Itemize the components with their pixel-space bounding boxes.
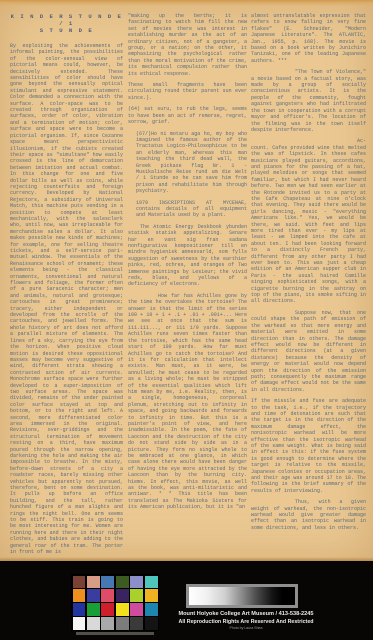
museum-credit-label: Mount Holyoke College Art Museum / 413-5… bbox=[158, 611, 334, 631]
color-swatch bbox=[116, 589, 129, 601]
color-swatch bbox=[87, 589, 100, 601]
text-column-right: almost untranslatable expression that re… bbox=[251, 13, 366, 536]
color-checker-chart bbox=[71, 574, 159, 631]
title-line-2: S T U N D E bbox=[10, 27, 123, 34]
grayscale-calibration-bar bbox=[186, 584, 298, 608]
color-swatch bbox=[87, 603, 100, 615]
document-page: K I N D E R S T U N D E / 1 S T U N D E … bbox=[0, 0, 373, 561]
rights-credit-line: All Reproduction Rights Are Reserved And… bbox=[158, 619, 334, 626]
paragraph: count. Cafes provided wine that melted t… bbox=[251, 145, 366, 305]
color-swatch bbox=[101, 603, 114, 615]
paragraph: (67/)Ho ni motaru aga ho, my boy who ima… bbox=[136, 131, 247, 195]
color-swatch bbox=[116, 576, 129, 588]
paragraph: Thus, with a given weight of warhead, th… bbox=[251, 499, 366, 531]
scanned-document-photo: K I N D E R S T U N D E / 1 S T U N D E … bbox=[0, 0, 373, 640]
color-swatch bbox=[145, 576, 158, 588]
color-swatch bbox=[145, 603, 158, 615]
color-swatch bbox=[130, 576, 143, 588]
photo-mat-footer: Mount Holyoke College Art Museum / 413-5… bbox=[0, 561, 373, 640]
paragraph: Suppose now, that one could shape the pa… bbox=[251, 310, 366, 393]
document-title: K I N D E R S T U N D E / 1 S T U N D E bbox=[10, 13, 123, 34]
color-swatch bbox=[73, 617, 86, 629]
color-swatch bbox=[145, 589, 158, 601]
museum-credit-line: Mount Holyoke College Art Museum / 413-5… bbox=[158, 611, 334, 619]
paragraph: almost untranslatable expression that re… bbox=[251, 13, 366, 64]
color-swatch bbox=[116, 603, 129, 615]
color-checker-caption-strip bbox=[76, 632, 154, 635]
photo-credit-line: Photo by Laura Shea bbox=[158, 626, 334, 631]
paragraph: "making up the berths; it is fascinating… bbox=[128, 13, 247, 77]
text-column-left: K I N D E R S T U N D E / 1 S T U N D E … bbox=[10, 13, 123, 561]
color-swatch bbox=[130, 603, 143, 615]
paragraph: The Atomic Energy Deskbook ybunden stati… bbox=[128, 224, 247, 288]
paragraph: These small fragments have been circulat… bbox=[128, 82, 247, 101]
color-swatch bbox=[87, 576, 100, 588]
paragraph: 1979 INSCRIPTIONS AT MYCENAE, contains d… bbox=[136, 200, 247, 219]
color-swatch bbox=[73, 589, 86, 601]
paragraph: If the missile and fuse are adequate to … bbox=[251, 398, 366, 494]
color-swatch bbox=[145, 617, 158, 629]
paragraph: By exploiting the achievements of inform… bbox=[10, 43, 123, 556]
title-line-1: K I N D E R S T U N D E / 1 bbox=[10, 13, 123, 27]
paragraph: How far has Achilles gone by the time he… bbox=[128, 293, 247, 511]
color-swatch bbox=[101, 576, 114, 588]
grayscale-gradient bbox=[189, 587, 295, 605]
paragraph: "The Town of Violence," a movie based on… bbox=[251, 69, 366, 133]
color-swatch bbox=[73, 576, 86, 588]
text-column-middle: "making up the berths; it is fascinating… bbox=[128, 13, 247, 516]
color-swatch bbox=[116, 617, 129, 629]
color-swatch bbox=[101, 617, 114, 629]
color-swatch bbox=[130, 589, 143, 601]
color-swatch bbox=[101, 589, 114, 601]
color-swatch bbox=[130, 617, 143, 629]
color-swatch bbox=[73, 603, 86, 615]
color-swatch bbox=[87, 617, 100, 629]
paragraph: (64) sat suru, to rub the legs, seems to… bbox=[128, 106, 247, 125]
